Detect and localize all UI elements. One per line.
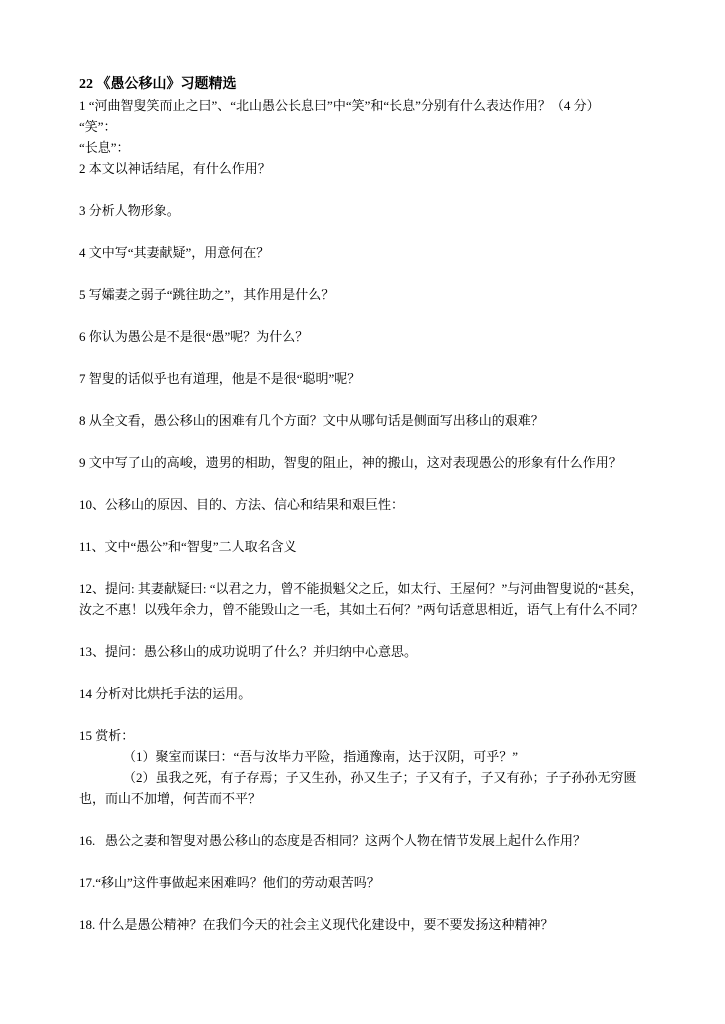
question-16: 16. 愚公之妻和智叟对愚公移山的态度是否相同？这两个人物在情节发展上起什么作用… <box>79 830 651 851</box>
question-9: 9 文中写了山的高峻，遗男的相助，智叟的阻止，神的搬山，这对表现愚公的形象有什么… <box>79 452 651 473</box>
worksheet-text-block: 22 《愚公移山》习题精选1 “河曲智叟笑而止之曰”、“北山愚公长息曰”中“笑”… <box>79 74 651 935</box>
doc-title: 22 《愚公移山》习题精选 <box>79 74 651 95</box>
question-17: 17.“移山”这件事做起来困难吗？他们的劳动艰苦吗？ <box>79 872 651 893</box>
question-11: 11、文中“愚公”和“智叟”二人取名含义 <box>79 536 651 557</box>
question-10: 10、公移山的原因、目的、方法、信心和结果和艰巨性： <box>79 494 651 515</box>
document-page: 22 《愚公移山》习题精选1 “河曲智叟笑而止之曰”、“北山愚公长息曰”中“笑”… <box>0 0 725 1024</box>
question-14: 14 分析对比烘托手法的运用。 <box>79 683 651 704</box>
question-12: 12、提问: 其妻献疑曰: “以君之力，曾不能损魁父之丘，如太行、王屋何？”与河… <box>79 578 651 620</box>
question-2: 2 本文以神话结尾，有什么作用？ <box>79 158 651 179</box>
question-4: 4 文中写“其妻献疑”，用意何在？ <box>79 242 651 263</box>
question-8: 8 从全文看，愚公移山的困难有几个方面？文中从哪句话是侧面写出移山的艰难？ <box>79 410 651 431</box>
q15-item-2: （2）虽我之死，有子存焉；子又生孙，孙又生子；子又有子，子又有孙；子子孙孙无穷匮… <box>79 767 651 809</box>
question-6: 6 你认为愚公是不是很“愚”呢？为什么？ <box>79 326 651 347</box>
q1-sub-changxi: “长息”： <box>79 137 651 158</box>
question-15: 15 赏析： <box>79 725 651 746</box>
question-13: 13、提问：愚公移山的成功说明了什么？并归纳中心意思。 <box>79 641 651 662</box>
question-18: 18. 什么是愚公精神？在我们今天的社会主义现代化建设中，要不要发扬这种精神？ <box>79 914 651 935</box>
question-3: 3 分析人物形象。 <box>79 200 651 221</box>
question-5: 5 写孀妻之弱子“跳往助之”，其作用是什么？ <box>79 284 651 305</box>
question-7: 7 智叟的话似乎也有道理，他是不是很“聪明”呢？ <box>79 368 651 389</box>
q15-item-1: （1）聚室而谋曰：“吾与汝毕力平险，指通豫南，达于汉阴，可乎？” <box>79 746 651 767</box>
q1-sub-xiao: “笑”： <box>79 116 651 137</box>
question-1: 1 “河曲智叟笑而止之曰”、“北山愚公长息曰”中“笑”和“长息”分别有什么表达作… <box>79 95 651 116</box>
